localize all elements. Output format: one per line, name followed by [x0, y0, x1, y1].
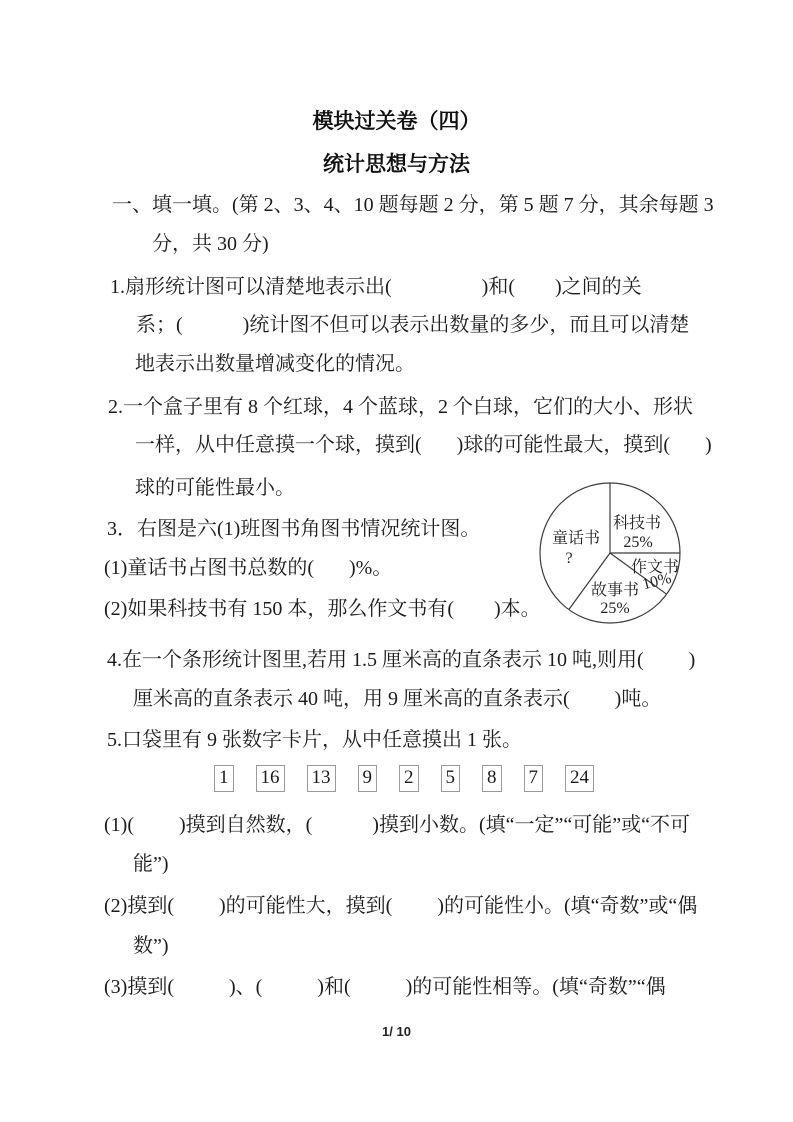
pie-slice-gushi-label: 故事书	[591, 581, 639, 599]
question-1-line-1: 1.扇形统计图可以清楚地表示出( )和( )之间的关	[110, 276, 642, 298]
question-2-line-3: 球的可能性最小。	[135, 477, 295, 499]
page-subtitle: 统计思想与方法	[0, 148, 793, 178]
pie-slice-gushi-value: 25%	[600, 600, 629, 617]
question-2-line-2: 一样，从中任意摸一个球，摸到( )球的可能性最大，摸到( )	[135, 434, 712, 456]
question-3-sub-2: (2)如果科技书有 150 本，那么作文书有( )本。	[104, 598, 541, 620]
question-2-line-1: 2.一个盒子里有 8 个红球，4 个蓝球，2 个白球，它们的大小、形状	[108, 396, 693, 418]
question-4-line-2: 厘米高的直条表示 40 吨，用 9 厘米高的直条表示( )吨。	[133, 688, 661, 710]
question-1-line-2: 系；( )统计图不但可以表示出数量的多少，而且可以清楚	[136, 314, 689, 336]
question-1-line-3: 地表示出数量增减变化的情况。	[135, 353, 415, 375]
pie-slice-keji-value: 25%	[623, 534, 652, 551]
section-heading-line-2: 分，共 30 分)	[152, 233, 269, 255]
number-card: 5	[441, 765, 461, 792]
pie-slice-keji-label: 科技书	[613, 514, 661, 532]
number-card: 8	[482, 765, 502, 792]
question-5-sub-2-line-1: (2)摸到( )的可能性大，摸到( )的可能性小。(填“奇数”或“偶	[104, 895, 697, 917]
number-card-row: 1 16 13 9 2 5 8 7 24	[214, 765, 594, 792]
question-4-line-1: 4.在一个条形统计图里,若用 1.5 厘米高的直条表示 10 吨,则用( )	[107, 649, 695, 671]
number-card: 2	[399, 765, 419, 792]
question-5-line-1: 5.口袋里有 9 张数字卡片，从中任意摸出 1 张。	[107, 729, 522, 751]
section-heading-line-1: 一、填一填。(第 2、3、4、10 题每题 2 分，第 5 题 7 分，其余每题…	[112, 194, 714, 216]
number-card: 7	[524, 765, 544, 792]
question-3-sub-1: (1)童话书占图书总数的( )%。	[104, 557, 392, 579]
pie-slice-tonghua-value: ?	[565, 550, 572, 567]
pie-slice-tonghua-label: 童话书	[552, 529, 600, 547]
number-card: 24	[565, 765, 594, 792]
number-card: 16	[256, 765, 285, 792]
number-card: 13	[307, 765, 336, 792]
question-3-line-1: 3．右图是六(1)班图书角图书情况统计图。	[107, 518, 480, 540]
test-paper-page: 模块过关卷（四） 统计思想与方法 一、填一填。(第 2、3、4、10 题每题 2…	[0, 0, 793, 1122]
library-books-pie-chart: 科技书 25% 作文书 10% 故事书 25% 童话书 ?	[535, 478, 687, 635]
question-5-sub-3-line-1: (3)摸到( )、( )和( )的可能性相等。(填“奇数”“偶	[104, 976, 666, 998]
number-card: 1	[214, 765, 234, 792]
number-card: 9	[358, 765, 378, 792]
question-5-sub-1-line-1: (1)( )摸到自然数，( )摸到小数。(填“一定”“可能”或“不可	[104, 814, 690, 836]
page-number: 1/ 10	[0, 1024, 793, 1039]
pie-chart-svg: 科技书 25% 作文书 10% 故事书 25% 童话书 ?	[535, 478, 687, 630]
page-title: 模块过关卷（四）	[0, 105, 793, 135]
question-5-sub-1-line-2: 能”)	[133, 853, 169, 875]
question-5-sub-2-line-2: 数”)	[133, 935, 169, 957]
